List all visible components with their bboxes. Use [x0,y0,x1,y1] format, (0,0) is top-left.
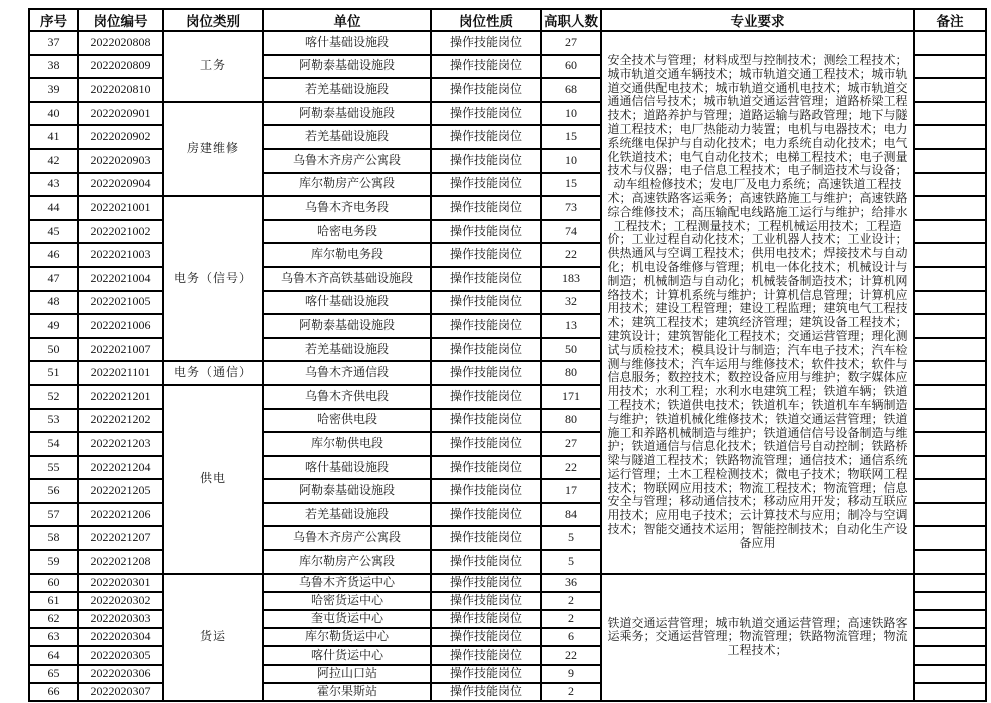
cell-remark [914,610,986,628]
column-header-category: 岗位类别 [163,9,263,31]
cell-position-code: 2022020810 [78,78,163,102]
cell-position-nature: 操作技能岗位 [431,503,541,527]
cell-unit: 乌鲁木齐房产公寓段 [263,526,431,550]
cell-position-nature: 操作技能岗位 [431,361,541,385]
cell-headcount: 22 [541,456,601,480]
cell-unit: 乌鲁木齐电务段 [263,196,431,220]
cell-headcount: 32 [541,291,601,315]
cell-position-code: 2022020306 [78,665,163,683]
cell-headcount: 27 [541,432,601,456]
cell-unit: 阿勒泰基础设施段 [263,55,431,79]
cell-serial: 38 [29,55,78,79]
cell-unit: 库尔勒电务段 [263,243,431,267]
cell-remark [914,503,986,527]
cell-remark [914,173,986,197]
cell-serial: 66 [29,683,78,701]
cell-serial: 61 [29,592,78,610]
cell-position-code: 2022020904 [78,173,163,197]
column-header-serial: 序号 [29,9,78,31]
cell-headcount: 2 [541,592,601,610]
cell-position-code: 2022021005 [78,291,163,315]
cell-serial: 41 [29,125,78,149]
cell-serial: 63 [29,628,78,646]
cell-unit: 霍尔果斯站 [263,683,431,701]
cell-headcount: 5 [541,550,601,574]
cell-remark [914,314,986,338]
cell-headcount: 15 [541,125,601,149]
cell-position-code: 2022020901 [78,102,163,126]
cell-serial: 54 [29,432,78,456]
cell-serial: 58 [29,526,78,550]
column-header-unit: 单位 [263,9,431,31]
cell-serial: 47 [29,267,78,291]
cell-serial: 60 [29,574,78,592]
cell-remark [914,456,986,480]
cell-remark [914,550,986,574]
cell-serial: 44 [29,196,78,220]
cell-headcount: 36 [541,574,601,592]
cell-position-code: 2022021207 [78,526,163,550]
cell-remark [914,361,986,385]
cell-position-nature: 操作技能岗位 [431,479,541,503]
cell-unit: 乌鲁木齐供电段 [263,385,431,409]
cell-unit: 阿勒泰基础设施段 [263,314,431,338]
cell-serial: 49 [29,314,78,338]
cell-headcount: 171 [541,385,601,409]
cell-remark [914,220,986,244]
cell-position-nature: 操作技能岗位 [431,314,541,338]
cell-serial: 57 [29,503,78,527]
cell-remark [914,665,986,683]
cell-unit: 喀什基础设施段 [263,456,431,480]
cell-unit: 乌鲁木齐房产公寓段 [263,149,431,173]
cell-position-nature: 操作技能岗位 [431,31,541,55]
cell-headcount: 2 [541,683,601,701]
cell-headcount: 6 [541,628,601,646]
cell-serial: 65 [29,665,78,683]
cell-remark [914,409,986,433]
cell-headcount: 5 [541,526,601,550]
cell-position-nature: 操作技能岗位 [431,432,541,456]
cell-requirements: 铁道交通运营管理；城市轨道交通运营管理；高速铁路客运乘务；交通运营管理；物流管理… [601,574,914,701]
cell-unit: 库尔勒房产公寓段 [263,550,431,574]
cell-position-nature: 操作技能岗位 [431,646,541,664]
cell-serial: 53 [29,409,78,433]
cell-position-code: 2022021208 [78,550,163,574]
cell-unit: 哈密供电段 [263,409,431,433]
cell-remark [914,432,986,456]
document-page: { "colors": { "background": "#ffffff", "… [0,0,991,703]
cell-headcount: 9 [541,665,601,683]
cell-headcount: 68 [541,78,601,102]
cell-category: 供电 [163,385,263,574]
cell-serial: 59 [29,550,78,574]
cell-position-code: 2022021203 [78,432,163,456]
cell-unit: 库尔勒供电段 [263,432,431,456]
cell-position-nature: 操作技能岗位 [431,173,541,197]
cell-serial: 48 [29,291,78,315]
cell-headcount: 10 [541,149,601,173]
column-header-requirements: 专业要求 [601,9,914,31]
cell-position-code: 2022021101 [78,361,163,385]
cell-position-nature: 操作技能岗位 [431,267,541,291]
cell-position-code: 2022021002 [78,220,163,244]
cell-position-code: 2022020307 [78,683,163,701]
cell-remark [914,31,986,55]
cell-unit: 库尔勒房产公寓段 [263,173,431,197]
cell-position-code: 2022020301 [78,574,163,592]
cell-remark [914,267,986,291]
cell-unit: 乌鲁木齐货运中心 [263,574,431,592]
cell-headcount: 22 [541,646,601,664]
cell-headcount: 27 [541,31,601,55]
cell-position-code: 2022021001 [78,196,163,220]
cell-position-nature: 操作技能岗位 [431,243,541,267]
cell-headcount: 183 [541,267,601,291]
cell-remark [914,149,986,173]
cell-position-code: 2022021205 [78,479,163,503]
cell-position-code: 2022020304 [78,628,163,646]
cell-unit: 若羌基础设施段 [263,338,431,362]
cell-remark [914,196,986,220]
table-header: 序号 岗位编号 岗位类别 单位 岗位性质 高职人数 专业要求 备注 [29,9,986,31]
cell-remark [914,574,986,592]
cell-unit: 乌鲁木齐高铁基础设施段 [263,267,431,291]
cell-remark [914,102,986,126]
cell-category: 电务（通信） [163,361,263,385]
column-header-headcount: 高职人数 [541,9,601,31]
cell-position-code: 2022021003 [78,243,163,267]
cell-headcount: 74 [541,220,601,244]
cell-headcount: 50 [541,338,601,362]
cell-unit: 喀什基础设施段 [263,31,431,55]
cell-position-code: 2022020303 [78,610,163,628]
cell-position-code: 2022021004 [78,267,163,291]
cell-unit: 阿拉山口站 [263,665,431,683]
cell-position-code: 2022020903 [78,149,163,173]
cell-serial: 56 [29,479,78,503]
cell-headcount: 17 [541,479,601,503]
cell-position-nature: 操作技能岗位 [431,55,541,79]
cell-remark [914,628,986,646]
cell-serial: 40 [29,102,78,126]
cell-remark [914,291,986,315]
cell-position-nature: 操作技能岗位 [431,592,541,610]
cell-position-code: 2022020809 [78,55,163,79]
cell-position-nature: 操作技能岗位 [431,456,541,480]
cell-remark [914,385,986,409]
cell-remark [914,78,986,102]
cell-remark [914,55,986,79]
cell-headcount: 2 [541,610,601,628]
cell-position-nature: 操作技能岗位 [431,220,541,244]
cell-position-code: 2022021007 [78,338,163,362]
cell-unit: 若羌基础设施段 [263,503,431,527]
cell-unit: 乌鲁木齐通信段 [263,361,431,385]
cell-serial: 51 [29,361,78,385]
cell-category: 货运 [163,574,263,701]
cell-headcount: 10 [541,102,601,126]
cell-position-code: 2022021206 [78,503,163,527]
cell-serial: 43 [29,173,78,197]
cell-serial: 46 [29,243,78,267]
cell-unit: 若羌基础设施段 [263,78,431,102]
positions-table: 序号 岗位编号 岗位类别 单位 岗位性质 高职人数 专业要求 备注 372022… [28,8,987,702]
cell-position-nature: 操作技能岗位 [431,291,541,315]
cell-headcount: 73 [541,196,601,220]
cell-serial: 55 [29,456,78,480]
cell-position-code: 2022020302 [78,592,163,610]
column-header-position-nature: 岗位性质 [431,9,541,31]
cell-unit: 奎屯货运中心 [263,610,431,628]
cell-position-code: 2022021204 [78,456,163,480]
cell-requirements: 安全技术与管理；材料成型与控制技术；测绘工程技术；城市轨道交通车辆技术；城市轨道… [601,31,914,574]
column-header-position-code: 岗位编号 [78,9,163,31]
column-header-remarks: 备注 [914,9,986,31]
cell-remark [914,683,986,701]
scanned-table-document: 序号 岗位编号 岗位类别 单位 岗位性质 高职人数 专业要求 备注 372022… [0,0,991,703]
cell-serial: 45 [29,220,78,244]
cell-position-nature: 操作技能岗位 [431,610,541,628]
cell-position-nature: 操作技能岗位 [431,526,541,550]
table-row: 602022020301货运乌鲁木齐货运中心操作技能岗位36铁道交通运营管理；城… [29,574,986,592]
cell-unit: 喀什基础设施段 [263,291,431,315]
cell-position-nature: 操作技能岗位 [431,125,541,149]
cell-position-code: 2022020902 [78,125,163,149]
cell-position-code: 2022021006 [78,314,163,338]
cell-unit: 哈密货运中心 [263,592,431,610]
cell-category: 工务 [163,31,263,102]
cell-unit: 库尔勒货运中心 [263,628,431,646]
table-row: 372022020808工务喀什基础设施段操作技能岗位27安全技术与管理；材料成… [29,31,986,55]
cell-serial: 50 [29,338,78,362]
cell-category: 房建维修 [163,102,263,196]
cell-unit: 哈密电务段 [263,220,431,244]
cell-position-code: 2022020808 [78,31,163,55]
header-row: 序号 岗位编号 岗位类别 单位 岗位性质 高职人数 专业要求 备注 [29,9,986,31]
cell-headcount: 13 [541,314,601,338]
cell-position-nature: 操作技能岗位 [431,628,541,646]
cell-position-nature: 操作技能岗位 [431,78,541,102]
cell-position-nature: 操作技能岗位 [431,574,541,592]
cell-unit: 若羌基础设施段 [263,125,431,149]
cell-position-code: 2022021201 [78,385,163,409]
cell-position-code: 2022020305 [78,646,163,664]
cell-serial: 39 [29,78,78,102]
cell-remark [914,479,986,503]
cell-unit: 阿勒泰基础设施段 [263,479,431,503]
cell-position-nature: 操作技能岗位 [431,409,541,433]
cell-remark [914,526,986,550]
cell-category: 电务（信号） [163,196,263,361]
table-body: 372022020808工务喀什基础设施段操作技能岗位27安全技术与管理；材料成… [29,31,986,701]
cell-serial: 62 [29,610,78,628]
cell-position-nature: 操作技能岗位 [431,102,541,126]
cell-position-nature: 操作技能岗位 [431,665,541,683]
cell-position-nature: 操作技能岗位 [431,149,541,173]
cell-headcount: 80 [541,361,601,385]
cell-remark [914,338,986,362]
cell-headcount: 60 [541,55,601,79]
cell-position-nature: 操作技能岗位 [431,338,541,362]
cell-position-nature: 操作技能岗位 [431,683,541,701]
cell-headcount: 84 [541,503,601,527]
cell-position-code: 2022021202 [78,409,163,433]
cell-serial: 37 [29,31,78,55]
cell-remark [914,243,986,267]
cell-unit: 喀什货运中心 [263,646,431,664]
cell-position-nature: 操作技能岗位 [431,196,541,220]
cell-serial: 42 [29,149,78,173]
cell-position-nature: 操作技能岗位 [431,385,541,409]
cell-remark [914,592,986,610]
cell-headcount: 80 [541,409,601,433]
cell-serial: 52 [29,385,78,409]
cell-serial: 64 [29,646,78,664]
cell-unit: 阿勒泰基础设施段 [263,102,431,126]
cell-headcount: 22 [541,243,601,267]
cell-headcount: 15 [541,173,601,197]
cell-position-nature: 操作技能岗位 [431,550,541,574]
cell-remark [914,125,986,149]
cell-remark [914,646,986,664]
